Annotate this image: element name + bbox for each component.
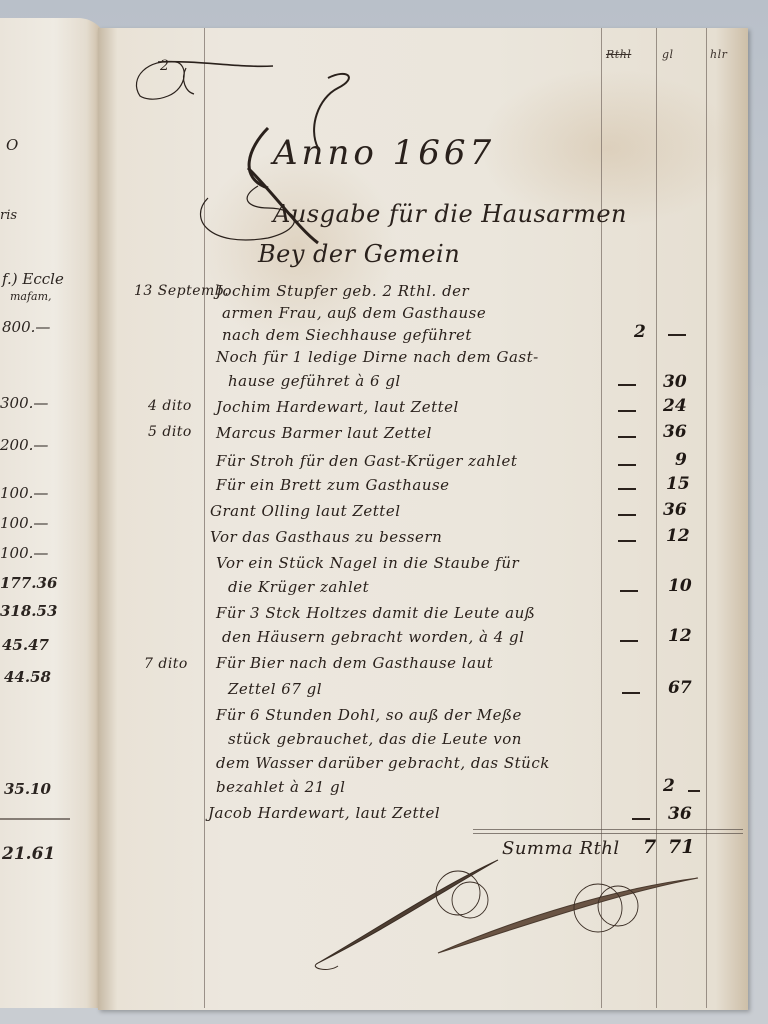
left-page-amount: 100.—	[0, 544, 48, 562]
amount-gl: 30	[663, 372, 687, 392]
entry-text: Vor das Gasthaus zu bessern	[210, 528, 442, 546]
entry-text: nach dem Siechhause geführet	[222, 326, 472, 344]
left-page-amount: 100.—	[0, 514, 48, 532]
entry-text: dem Wasser darüber gebracht, das Stück	[216, 754, 550, 772]
entry-text: hause geführet à 6 gl	[228, 372, 401, 390]
amount-gl: 15	[666, 474, 690, 494]
amount-rthl-dash	[632, 818, 650, 820]
entry-text: Für Stroh für den Gast-Krüger zahlet	[216, 452, 517, 470]
entry-text: Jochim Stupfer geb. 2 Rthl. der	[216, 282, 469, 300]
amount-gl: 36	[663, 422, 687, 442]
amount-rthl-dash	[618, 464, 636, 466]
left-page-total: 21.61	[2, 844, 55, 864]
amount-rthl-dash	[620, 640, 638, 642]
left-page-fragment: f.) Eccle	[2, 270, 64, 288]
page-heading: Ausgabe für die Hausarmen	[273, 200, 627, 228]
entry-text: Jochim Hardewart, laut Zettel	[216, 398, 459, 416]
entry-text: Jacob Hardewart, laut Zettel	[208, 804, 440, 822]
entry-text: Vor ein Stück Nagel in die Staube für	[216, 554, 519, 572]
amount-gl: 9	[675, 450, 687, 470]
amount-rthl: 2	[663, 776, 675, 796]
amount-gl: 12	[668, 626, 692, 646]
amount-rthl-dash	[618, 540, 636, 542]
left-page-amount: 44.58	[4, 668, 51, 686]
entry-text: armen Frau, auß dem Gasthause	[222, 304, 486, 322]
page-title: Anno 1667	[273, 133, 495, 173]
left-page-amount: 800.—	[2, 318, 50, 336]
left-page-fragment: mafam,	[10, 290, 52, 303]
total-rule	[473, 833, 743, 834]
amount-gl-dash	[688, 790, 700, 792]
left-page-amount: 45.47	[2, 636, 49, 654]
left-page-fragment: O	[6, 136, 18, 154]
entry-date: 4 dito	[148, 398, 192, 414]
left-page-amount: 100.—	[0, 484, 48, 502]
entry-date: 7 dito	[144, 656, 188, 672]
amount-gl-dash	[668, 334, 686, 336]
amount-gl: 67	[668, 678, 692, 698]
left-page: O ris f.) Eccle mafam, 800.— 300.— 200.—…	[0, 18, 108, 1008]
entry-date: 13 Septemb.	[134, 283, 229, 299]
page-subheading: Bey der Gemein	[258, 240, 460, 268]
page-number: 2	[160, 58, 169, 74]
left-page-fragment: ris	[0, 208, 17, 223]
amount-gl: 36	[668, 804, 692, 824]
entry-text: die Krüger zahlet	[228, 578, 369, 596]
entry-text: Für Bier nach dem Gasthause laut	[216, 654, 493, 672]
amount-rthl-dash	[618, 436, 636, 438]
entry-text: Grant Olling laut Zettel	[210, 502, 401, 520]
amount-rthl-dash	[618, 384, 636, 386]
entry-text: den Häusern gebracht worden, à 4 gl	[222, 628, 524, 646]
entry-text: Noch für 1 ledige Dirne nach dem Gast-	[216, 348, 539, 366]
entry-text: stück gebrauchet, das die Leute von	[228, 730, 522, 748]
entry-date: 5 dito	[148, 424, 192, 440]
left-page-amount: 318.53	[0, 602, 57, 620]
entry-text: Für ein Brett zum Gasthause	[216, 476, 450, 494]
column-header-gl: gl	[662, 48, 674, 61]
entry-text: Für 3 Stck Holtzes damit die Leute auß	[216, 604, 535, 622]
entry-text: bezahlet à 21 gl	[216, 778, 345, 796]
total-rule	[473, 829, 743, 830]
amount-rthl-dash	[618, 410, 636, 412]
entry-text: Marcus Barmer laut Zettel	[216, 424, 432, 442]
amount-rthl-dash	[620, 590, 638, 592]
entry-text: Für 6 Stunden Dohl, so auß der Meße	[216, 706, 522, 724]
left-page-total-rule	[0, 818, 70, 820]
left-page-amount: 200.—	[0, 436, 48, 454]
column-header-rthl: Rthl	[606, 48, 631, 61]
left-page-amount: 300.—	[0, 394, 48, 412]
amount-gl: 36	[663, 500, 687, 520]
amount-gl: 10	[668, 576, 692, 596]
amount-rthl-dash	[622, 692, 640, 694]
entry-text: Zettel 67 gl	[228, 680, 322, 698]
amount-gl: 24	[663, 396, 687, 416]
ledger-page: Rthl gl hlr 2 Anno 1667 Ausgabe für die …	[98, 28, 748, 1010]
amount-rthl-dash	[618, 488, 636, 490]
amount-rthl: 2	[634, 322, 646, 342]
left-page-amount: 177.36	[0, 574, 57, 592]
amount-rthl-dash	[618, 514, 636, 516]
amount-gl: 12	[666, 526, 690, 546]
closing-flourish	[298, 848, 738, 988]
column-header-hlr: hlr	[710, 48, 727, 61]
left-page-amount: 35.10	[4, 780, 51, 798]
